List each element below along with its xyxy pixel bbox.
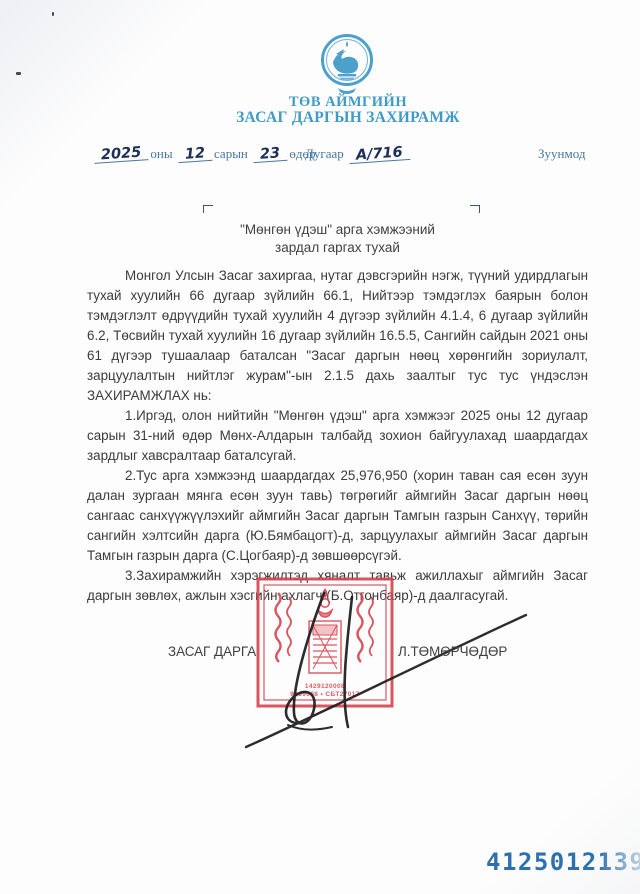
footer-registration-number: 4125012139: [486, 848, 640, 876]
title-line2: зардал гаргах тухай: [87, 239, 588, 257]
document-number: Дугаар А/716: [305, 146, 412, 162]
paragraph-item1: 1.Иргэд, олон нийтийн "Мөнгөн үдэш" арга…: [87, 406, 588, 466]
scanned-decree-page: ТӨВ АЙМГИЙН ЗАСАГ ДАРГЫН ЗАХИРАМЖ 2025он…: [0, 0, 640, 894]
year-label: оны: [150, 146, 172, 161]
paragraph-intro: Монгол Улсын Засаг захиргаа, нутаг дэвсг…: [87, 266, 588, 406]
month-label: сарын: [214, 146, 248, 161]
org-name-line2: ЗАСАГ ДАРГЫН ЗАХИРАМЖ: [28, 109, 640, 127]
stamp-registration-number: 1429120008: [256, 683, 394, 691]
decree-body: Монгол Улсын Засаг захиргаа, нутаг дэвсг…: [87, 266, 588, 606]
title-corner-mark-right: [470, 205, 480, 213]
scan-speck: [16, 72, 21, 75]
stamp-serial-number: 9039008 • СБТ27017: [256, 691, 394, 699]
decree-title: "Мөнгөн үдэш" арга хэмжээний зардал гарг…: [87, 221, 588, 256]
signer-name: Л.ТӨМӨРЧӨДӨР: [398, 644, 507, 659]
signer-position: ЗАСАГ ДАРГА: [168, 644, 256, 659]
official-stamp: 1429120008 9039008 • СБТ27017: [256, 577, 394, 708]
place-name: Зуунмод: [538, 146, 585, 162]
title-corner-mark-left: [203, 205, 213, 213]
handwritten-month: 12: [177, 147, 212, 163]
number-label: Дугаар: [305, 146, 344, 161]
date-row: 2025оны 12сарын 23өдөр Дугаар А/716 Зуун…: [0, 138, 640, 168]
handwritten-number: А/716: [349, 146, 411, 164]
scan-speck: [52, 12, 54, 16]
title-line1: "Мөнгөн үдэш" арга хэмжээний: [87, 221, 588, 239]
state-emblem-icon: [316, 32, 378, 96]
handwritten-year: 2025: [94, 146, 149, 164]
paragraph-item2: 2.Тус арга хэмжээнд шаардагдах 25,976,95…: [87, 466, 588, 566]
date-line: 2025оны 12сарын 23өдөр: [92, 146, 315, 162]
handwritten-day: 23: [253, 147, 288, 163]
